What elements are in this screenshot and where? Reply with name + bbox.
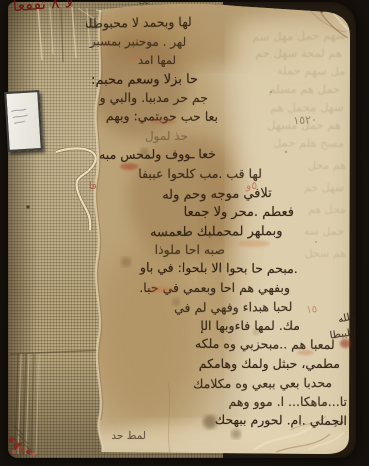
ink-folio-mark: ٠٢٢ <box>311 1 334 17</box>
rubric-and-ink-marks: لا ٨ تقفعاثب٠٢٢ىدر١٥٢٠فا٥و١٥«١ <box>0 0 369 466</box>
shelf-label <box>4 90 43 152</box>
rubric-mark: ىدر <box>128 52 141 62</box>
rubric-mark: ١٥ <box>306 305 318 316</box>
rubric-mark <box>340 339 351 348</box>
rubric-mark <box>120 163 138 170</box>
manuscript-photo: سهم حمل مهل سمهم لمحة سهل حممل سهم حملةح… <box>0 0 369 466</box>
rubric-mark: فا <box>89 182 97 192</box>
rubric-mark <box>297 350 314 355</box>
rubric-mark <box>238 240 270 247</box>
rubric-mark: لا ٨ تقفعا <box>12 0 74 14</box>
label-inscription <box>9 102 37 134</box>
rubric-mark <box>150 118 176 124</box>
ink-folio-mark: ١٥٢٠ <box>293 114 317 126</box>
rubric-mark <box>148 287 172 292</box>
ink-folio-mark: «١ <box>332 418 345 430</box>
rubric-mark: ٥و <box>246 180 257 191</box>
ink-folio-mark: ثب <box>138 0 149 7</box>
